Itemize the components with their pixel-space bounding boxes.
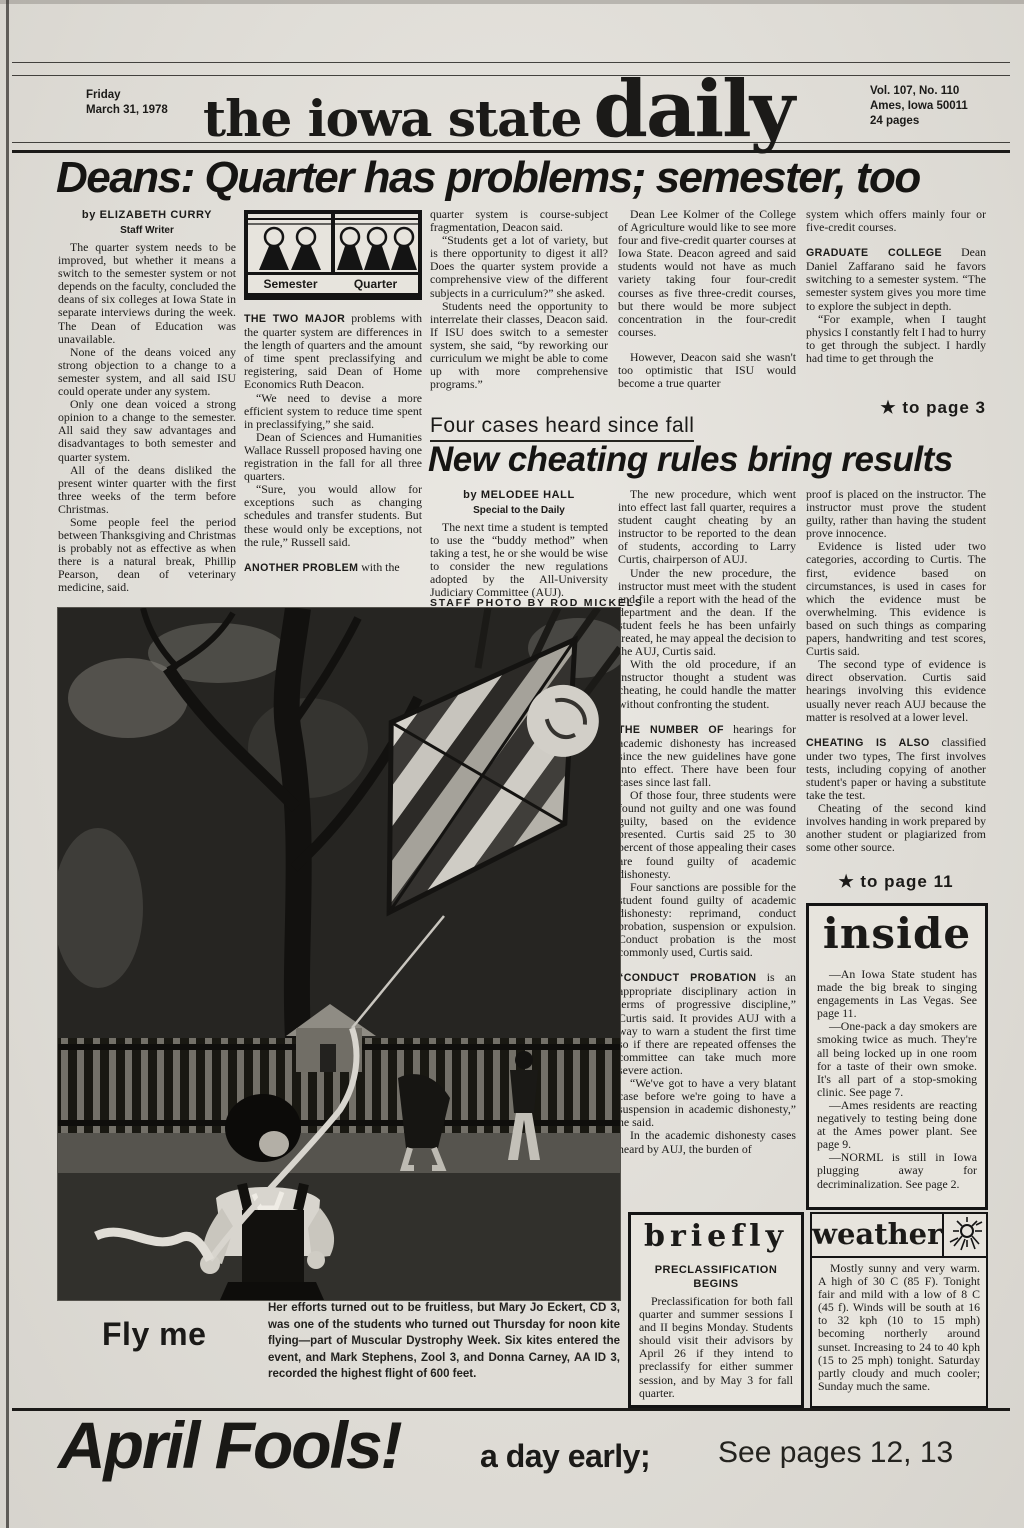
- paragraph: With the old procedure, if an instructor…: [618, 658, 796, 710]
- semester-label: Semester: [248, 275, 333, 293]
- lead-column-4: Dean Lee Kolmer of the College of Agricu…: [618, 208, 796, 414]
- inside-item: —An Iowa State student has made the big …: [817, 968, 977, 1020]
- semester-quarter-graphic: Semester Quarter: [244, 210, 422, 300]
- paragraph: “For example, when I taught physics I co…: [806, 313, 986, 365]
- paragraph: None of the deans voiced any strong obje…: [58, 346, 236, 398]
- volume-info: Vol. 107, No. 110 Ames, Iowa 50011 24 pa…: [870, 84, 968, 129]
- paragraph: Students need the opportunity to interre…: [430, 300, 608, 392]
- lead-column-2: Semester Quarter THE TWO MAJOR problems …: [244, 208, 422, 610]
- masthead: Friday March 31, 1978 the iowa statedail…: [58, 80, 988, 140]
- paragraph: ANOTHER PROBLEM with the: [244, 561, 422, 575]
- bold-lead-in: “CONDUCT PROBATION: [618, 972, 756, 984]
- paragraph: CHEATING IS ALSO classified under two ty…: [806, 736, 986, 802]
- weather-header: weather: [812, 1214, 986, 1258]
- bold-lead-in: THE TWO MAJOR: [244, 313, 345, 325]
- april-fools-subtext: a day early;: [480, 1438, 650, 1475]
- jump-to-page-11: ★ to page 11: [806, 872, 986, 892]
- scan-artifact-top: [0, 0, 1024, 4]
- paragraph: The next time a student is tempted to us…: [430, 521, 608, 600]
- see-pages-note: See pages 12, 13: [718, 1436, 953, 1470]
- quarter-panel: [331, 214, 418, 272]
- paragraph: Some people feel the period between Than…: [58, 516, 236, 595]
- lead-byline: by ELIZABETH CURRY: [58, 208, 236, 222]
- paragraph: THE TWO MAJOR problems with the quarter …: [244, 312, 422, 392]
- briefly-body: Preclassification for both fall quarter …: [639, 1295, 793, 1400]
- bold-lead-in: THE NUMBER OF: [618, 724, 724, 736]
- sun-icon: [944, 1214, 986, 1256]
- page-count: 24 pages: [870, 114, 968, 129]
- lead-column-1: by ELIZABETH CURRY Staff Writer The quar…: [58, 208, 236, 610]
- paragraph: “We need to devise a more efficient syst…: [244, 392, 422, 431]
- paragraph: proof is placed on the instructor. The i…: [806, 488, 986, 540]
- inside-item: —One-pack a day smokers are smoking twic…: [817, 1020, 977, 1099]
- newspaper-page: Friday March 31, 1978 the iowa statedail…: [0, 0, 1024, 1528]
- masthead-rule-bottom-inner: [12, 142, 1010, 143]
- cheating-headline: New cheating rules bring results: [428, 442, 988, 477]
- paragraph: However, Deacon said she wasn't too opti…: [618, 351, 796, 390]
- paragraph: “Sure, you would allow for exceptions su…: [244, 483, 422, 548]
- paragraph: quarter system is course-subject fragmen…: [430, 208, 608, 234]
- paragraph: system which offers mainly four or five-…: [806, 208, 986, 234]
- inside-item: —NORML is still in Iowa plugging away fo…: [817, 1151, 977, 1190]
- kite-photo-illustration: [58, 608, 620, 1300]
- paragraph-text: is an appropriate disciplinary action in…: [618, 970, 796, 1077]
- cheating-byline: by MELODEE HALL: [430, 488, 608, 502]
- lead-headline: Deans: Quarter has problems; semester, t…: [56, 156, 991, 200]
- paragraph: The new procedure, which went into effec…: [618, 488, 796, 567]
- lead-byline-role: Staff Writer: [58, 224, 236, 237]
- inside-title: inside: [817, 910, 977, 958]
- paragraph: “We've got to have a very blatant case b…: [618, 1077, 796, 1129]
- issue-weekday: Friday: [86, 88, 168, 103]
- bold-lead-in: CHEATING IS ALSO: [806, 737, 930, 749]
- paragraph: THE NUMBER OF hearings for academic dish…: [618, 723, 796, 789]
- kite-photo: [58, 608, 620, 1300]
- paragraph: Dean of Sciences and Humanities Wallace …: [244, 431, 422, 483]
- photo-caption: Her efforts turned out to be fruitless, …: [268, 1300, 620, 1383]
- masthead-rule-top-outer: [12, 62, 1010, 63]
- weather-title: weather: [812, 1214, 944, 1256]
- volume-number: Vol. 107, No. 110: [870, 84, 968, 99]
- lead-column-5: system which offers mainly four or five-…: [806, 208, 986, 398]
- photo-label: Fly me: [102, 1316, 206, 1353]
- cheating-byline-role: Special to the Daily: [430, 504, 608, 517]
- semester-figures-icon: [248, 214, 331, 272]
- paragraph: Four sanctions are possible for the stud…: [618, 881, 796, 960]
- paragraph: Evidence is listed uder two categories, …: [806, 540, 986, 658]
- paragraph: The second type of evidence is direct ob…: [806, 658, 986, 723]
- quarter-figures-icon: [335, 214, 418, 272]
- briefly-title: briefly: [639, 1219, 793, 1255]
- bold-lead-in: ANOTHER PROBLEM: [244, 562, 358, 574]
- inside-item: —Ames residents are reacting negatively …: [817, 1099, 977, 1151]
- paragraph: Dean Lee Kolmer of the College of Agricu…: [618, 208, 796, 339]
- jump-to-page-3: ★ to page 3: [806, 398, 986, 418]
- paragraph: Only one dean voiced a strong opinion to…: [58, 398, 236, 463]
- paragraph: Cheating of the second kind involves han…: [806, 802, 986, 854]
- weather-body: Mostly sunny and very warm. A high of 30…: [818, 1262, 980, 1393]
- inside-box: inside —An Iowa State student has made t…: [806, 903, 988, 1210]
- paragraph: All of the deans disliked the present wi…: [58, 464, 236, 516]
- scan-artifact-left: [6, 0, 9, 1528]
- paragraph: GRADUATE COLLEGE Dean Daniel Zaffarano s…: [806, 246, 986, 312]
- city-zip: Ames, Iowa 50011: [870, 99, 968, 114]
- paragraph: “CONDUCT PROBATION is an appropriate dis…: [618, 971, 796, 1077]
- issue-date: Friday March 31, 1978: [86, 88, 168, 118]
- paragraph: Of those four, three students were found…: [618, 789, 796, 881]
- paragraph: The quarter system needs to be improved,…: [58, 241, 236, 346]
- cheating-column-a: by MELODEE HALL Special to the Daily The…: [430, 488, 608, 600]
- briefly-heading-line1: PRECLASSIFICATION: [655, 1264, 778, 1276]
- kicker: Four cases heard since fall: [430, 414, 694, 442]
- paragraph: Under the new procedure, the instructor …: [618, 567, 796, 659]
- briefly-heading: PRECLASSIFICATIONBEGINS: [639, 1263, 793, 1291]
- bold-lead-in: GRADUATE COLLEGE: [806, 247, 942, 259]
- paragraph: In the academic dishonesty cases heard b…: [618, 1129, 796, 1155]
- quarter-label: Quarter: [333, 275, 418, 293]
- april-fools-banner: April Fools!: [58, 1412, 401, 1478]
- briefly-heading-line2: BEGINS: [693, 1278, 738, 1290]
- cheating-column-b: The new procedure, which went into effec…: [618, 488, 796, 1210]
- weather-box: weather Mostly sunny and very warm. A hi…: [810, 1212, 988, 1408]
- semester-panel: [248, 214, 331, 272]
- lead-column-3: quarter system is course-subject fragmen…: [430, 208, 608, 414]
- briefly-box: briefly PRECLASSIFICATIONBEGINS Preclass…: [628, 1212, 804, 1408]
- cheating-column-c: proof is placed on the instructor. The i…: [806, 488, 986, 870]
- paragraph: “Students get a lot of variety, but is t…: [430, 234, 608, 299]
- title-part-1: the iowa state: [203, 89, 581, 148]
- issue-date-text: March 31, 1978: [86, 103, 168, 118]
- paragraph-text: with the: [361, 560, 399, 574]
